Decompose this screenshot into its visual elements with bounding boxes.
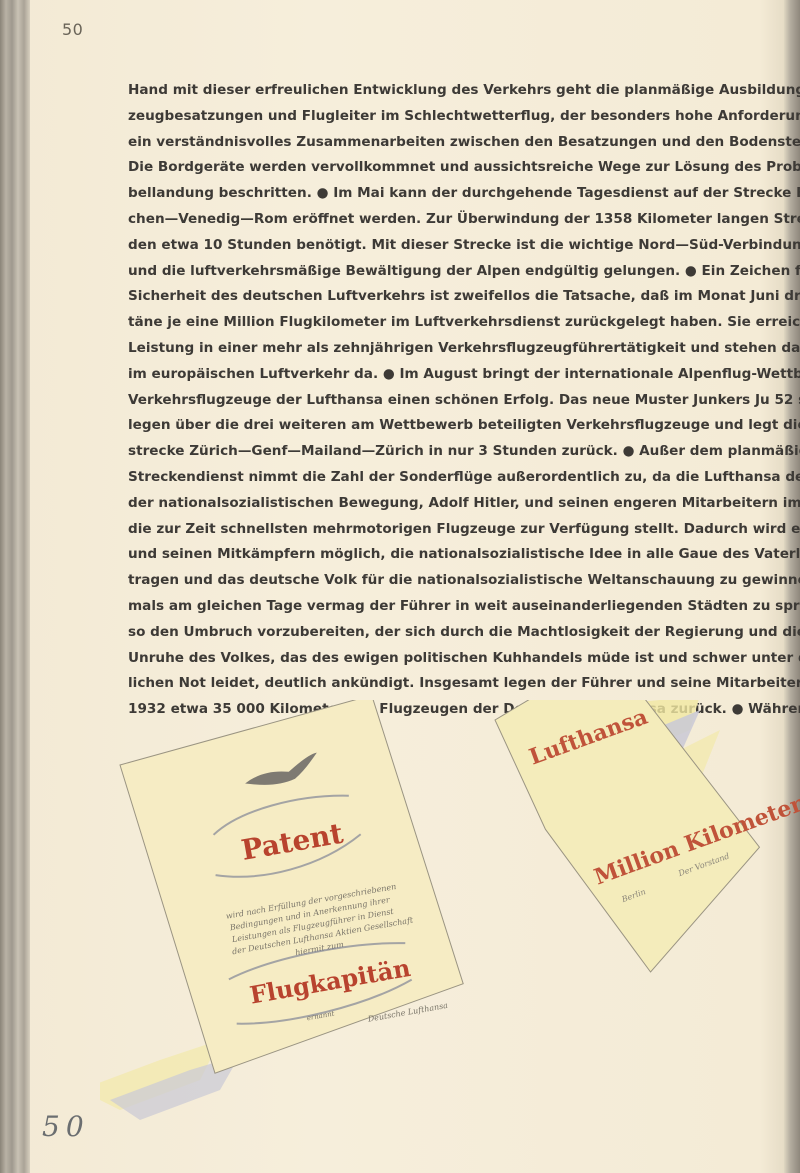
- body-text: Hand mit dieser erfreulichen Entwicklung…: [128, 78, 766, 723]
- text-line: und die luftverkehrsmäßige Bewältigung d…: [128, 259, 766, 285]
- text-line: strecke Zürich—Genf—Mailand—Zürich in nu…: [128, 439, 766, 465]
- text-line: lichen Not leidet, deutlich ankündigt. I…: [128, 671, 766, 697]
- book-binding-left: [0, 0, 30, 1173]
- text-line: Unruhe des Volkes, das des ewigen politi…: [128, 646, 766, 672]
- text-line: die zur Zeit schnellsten mehrmotorigen F…: [128, 517, 766, 543]
- text-line: der nationalsozialistischen Bewegung, Ad…: [128, 491, 766, 517]
- text-line: mals am gleichen Tage vermag der Führer …: [128, 594, 766, 620]
- watercolor-illustration: Lufthansa Million Kilometer Berlin Der V…: [100, 700, 800, 1120]
- certificate-patent: Patent wird nach Erfüllung der vorgeschr…: [116, 700, 471, 1080]
- text-line: ein verständnisvolles Zusammenarbeiten z…: [128, 130, 766, 156]
- text-line: Leistung in einer mehr als zehnjährigen …: [128, 336, 766, 362]
- text-line: legen über die drei weiteren am Wettbewe…: [128, 413, 766, 439]
- text-line: tragen und das deutsche Volk für die nat…: [128, 568, 766, 594]
- book-page: 50 Hand mit dieser erfreulichen Entwickl…: [0, 0, 800, 1173]
- text-line: den etwa 10 Stunden benötigt. Mit dieser…: [128, 233, 766, 259]
- text-line: Streckendienst nimmt die Zahl der Sonder…: [128, 465, 766, 491]
- text-line: bellandung beschritten. ● Im Mai kann de…: [128, 181, 766, 207]
- text-line: Verkehrsflugzeuge der Lufthansa einen sc…: [128, 388, 766, 414]
- text-line: im europäischen Luftverkehr da. ● Im Aug…: [128, 362, 766, 388]
- text-line: Sicherheit des deutschen Luftverkehrs is…: [128, 284, 766, 310]
- page-number: 50: [62, 20, 83, 39]
- text-line: täne je eine Million Flugkilometer im Lu…: [128, 310, 766, 336]
- text-line: zeugbesatzungen und Flugleiter im Schlec…: [128, 104, 766, 130]
- certificate-million-km: Lufthansa Million Kilometer Berlin Der V…: [486, 700, 800, 993]
- text-line: und seinen Mitkämpfern möglich, die nati…: [128, 542, 766, 568]
- text-line: chen—Venedig—Rom eröffnet werden. Zur Üb…: [128, 207, 766, 233]
- text-line: Die Bordgeräte werden vervollkommnet und…: [128, 155, 766, 181]
- text-line: so den Umbruch vorzubereiten, der sich d…: [128, 620, 766, 646]
- text-line: Hand mit dieser erfreulichen Entwicklung…: [128, 78, 766, 104]
- handwritten-page-number: 50: [42, 1110, 90, 1143]
